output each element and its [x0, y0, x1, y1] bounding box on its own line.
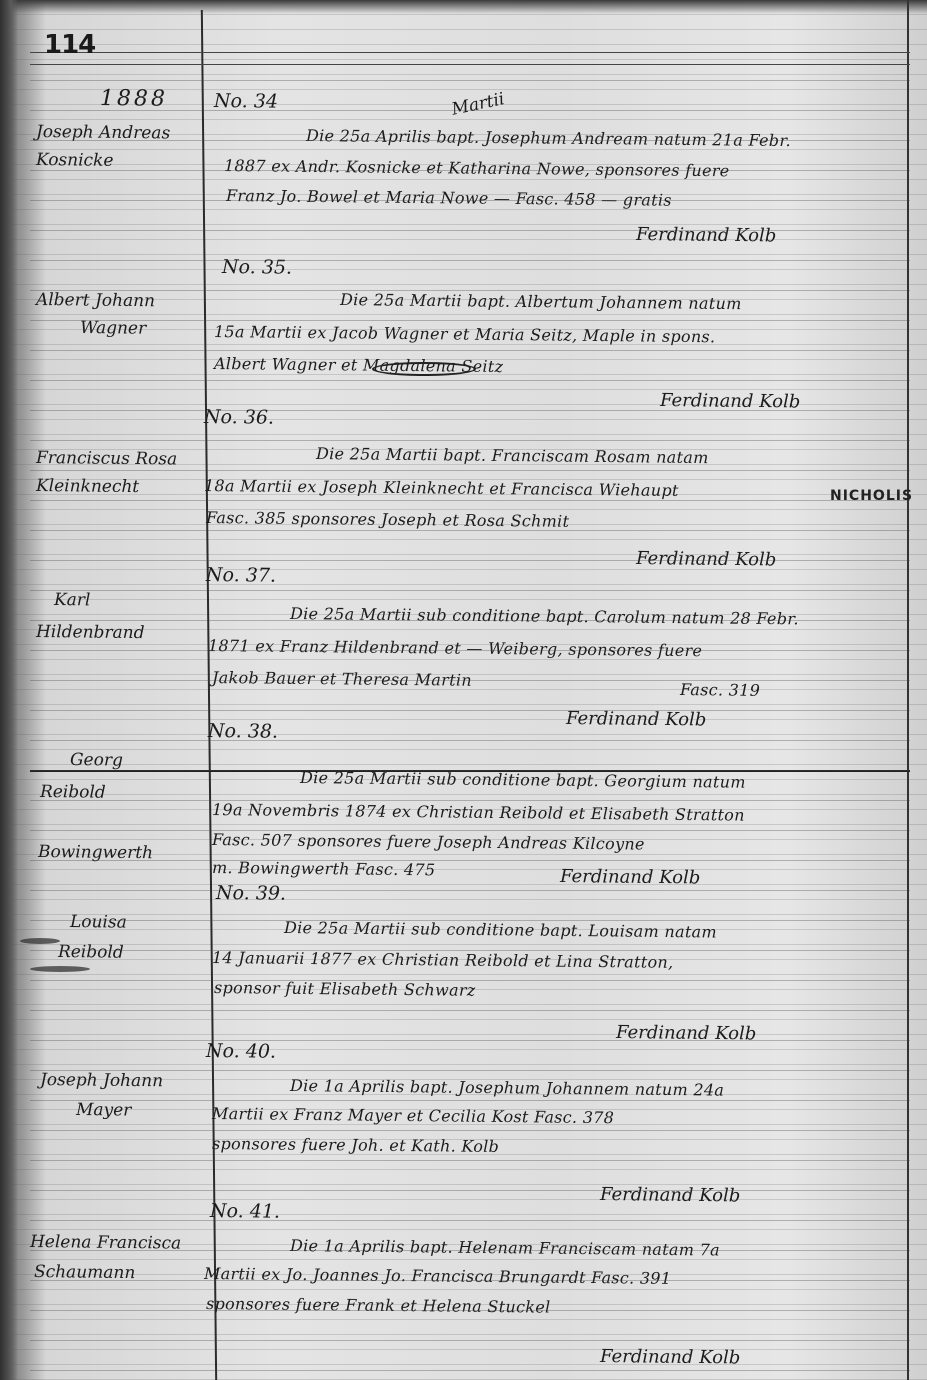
ruled-line — [30, 1190, 910, 1191]
annotation-nicholis: NICHOLIS — [830, 488, 913, 504]
ruled-line — [30, 410, 910, 411]
ruled-line — [30, 1040, 910, 1041]
ruled-line — [30, 860, 910, 861]
entry-text-line: m. Bowingwerth Fasc. 475 — [212, 858, 436, 879]
ruled-line — [30, 1070, 910, 1071]
entry-text-line: Die 25a Martii sub conditione bapt. Geor… — [300, 768, 746, 792]
entry-text-line: Fasc. 385 sponsores Joseph et Rosa Schmi… — [206, 508, 569, 531]
ruled-line — [30, 620, 910, 621]
right-margin-rule — [907, 0, 909, 1380]
ink-smudge — [30, 966, 90, 972]
ruled-line — [30, 80, 910, 81]
child-surname: Reibold — [58, 942, 124, 963]
ruled-line — [30, 1280, 910, 1281]
ruled-line — [30, 530, 910, 531]
child-name: Georg — [70, 750, 123, 771]
child-name: Franciscus Rosa — [36, 448, 177, 469]
ruled-line — [30, 1010, 910, 1011]
entry-text-line: Die 25a Martii sub conditione bapt. Loui… — [284, 918, 717, 942]
ruled-line — [30, 770, 910, 771]
register-page: 114 1888 Martii No. 34 Joseph Andreas Ko… — [0, 0, 927, 1380]
entry-text-line: 19a Novembris 1874 ex Christian Reibold … — [212, 800, 745, 825]
ruled-line — [30, 950, 910, 951]
priest-signature: Ferdinand Kolb — [636, 224, 777, 246]
entry-text-line: Die 25a Martii bapt. Albertum Johannem n… — [340, 290, 742, 313]
priest-signature: Ferdinand Kolb — [600, 1184, 741, 1206]
ruled-line — [30, 800, 910, 801]
entry-text-line: 14 Januarii 1877 ex Christian Reibold et… — [212, 948, 674, 972]
ruled-line — [30, 1250, 910, 1251]
entry-text-line: Martii ex Jo. Joannes Jo. Francisca Brun… — [204, 1264, 672, 1288]
struck-out-text — [372, 362, 476, 376]
entry-number: No. 40. — [206, 1040, 276, 1063]
entry-number: No. 37. — [206, 564, 276, 587]
ruled-line — [30, 920, 910, 921]
entry-text-line: Die 1a Aprilis bapt. Helenam Franciscam … — [290, 1236, 720, 1260]
ruled-line — [30, 650, 910, 651]
ruled-line — [30, 1340, 910, 1341]
child-name: Joseph Johann — [40, 1070, 163, 1091]
entry-number: No. 39. — [216, 882, 286, 905]
entry-text-line: Die 1a Aprilis bapt. Josephum Johannem n… — [290, 1076, 724, 1100]
ruled-line — [30, 110, 910, 111]
entry-text-line: 1871 ex Franz Hildenbrand et — Weiberg, … — [208, 636, 702, 660]
ruled-line — [30, 1370, 910, 1371]
ruled-line — [30, 140, 910, 141]
entry-text-line: Die 25a Martii bapt. Franciscam Rosam na… — [316, 444, 709, 467]
ruled-line — [30, 440, 910, 441]
entry-text-line: Die 25a Aprilis bapt. Josephum Andream n… — [306, 126, 791, 150]
entry-text-line: 1887 ex Andr. Kosnicke et Katharina Nowe… — [224, 156, 730, 180]
entry-text-line: sponsor fuit Elisabeth Schwarz — [214, 978, 476, 1000]
ruled-line — [30, 320, 910, 321]
ruled-line — [30, 590, 910, 591]
ruled-line — [30, 500, 910, 501]
entry-text-line: Die 25a Martii sub conditione bapt. Caro… — [290, 604, 799, 628]
ruled-line — [30, 170, 910, 171]
child-name: Louisa — [70, 912, 127, 933]
child-surname: Mayer — [76, 1100, 132, 1121]
entry-text-line: Fasc. 507 sponsores fuere Joseph Andreas… — [212, 830, 645, 854]
ruled-line — [30, 830, 910, 831]
entry-text-line: Martii ex Franz Mayer et Cecilia Kost Fa… — [212, 1104, 614, 1127]
entry-text-line: 15a Martii ex Jacob Wagner et Maria Seit… — [214, 322, 716, 346]
register-year: 1888 — [100, 86, 168, 112]
ruled-line — [30, 230, 910, 231]
scan-top-shadow — [0, 0, 927, 14]
ruled-line — [30, 260, 910, 261]
ruled-line — [30, 1220, 910, 1221]
ruled-line — [30, 680, 910, 681]
ruled-line — [30, 380, 910, 381]
ruled-line — [30, 1310, 910, 1311]
entry-text-line: 18a Martii ex Joseph Kleinknecht et Fran… — [204, 476, 679, 500]
priest-signature: Ferdinand Kolb — [566, 708, 707, 730]
header-rule — [30, 64, 910, 65]
month-heading: Martii — [450, 89, 506, 120]
fascicle-note: Fasc. 319 — [680, 680, 760, 700]
ruled-line — [30, 1100, 910, 1101]
child-surname: Kleinknecht — [36, 476, 139, 497]
entry-text-line: Franz Jo. Bowel et Maria Nowe — Fasc. 45… — [226, 186, 672, 210]
ruled-line — [30, 200, 910, 201]
child-surname: Hildenbrand — [36, 622, 145, 643]
page-number: 114 — [44, 30, 95, 60]
ruled-line — [30, 350, 910, 351]
ruled-line — [30, 1130, 910, 1131]
priest-signature: Ferdinand Kolb — [560, 866, 701, 888]
priest-signature: Ferdinand Kolb — [600, 1346, 741, 1368]
header-rule — [30, 52, 910, 53]
entry-text-line: sponsores fuere Joh. et Kath. Kolb — [212, 1134, 499, 1156]
entry-text-line: Jakob Bauer et Theresa Martin — [212, 668, 472, 690]
ruled-line — [30, 980, 910, 981]
ruled-line — [30, 470, 910, 471]
child-name: Karl — [54, 590, 91, 610]
ruled-line — [30, 560, 910, 561]
ink-smudge — [20, 938, 60, 944]
priest-signature: Ferdinand Kolb — [616, 1022, 757, 1044]
ruled-line — [30, 710, 910, 711]
ruled-line — [30, 890, 910, 891]
entry-text-line: sponsores fuere Frank et Helena Stuckel — [206, 1294, 551, 1317]
book-binding-edge — [0, 0, 18, 1380]
ruled-line — [30, 290, 910, 291]
child-name: Albert Johann — [36, 290, 155, 311]
ruled-line — [30, 1160, 910, 1161]
child-surname: Kosnicke — [36, 150, 114, 171]
ruled-line — [30, 740, 910, 741]
name-column-divider — [201, 10, 217, 1380]
child-surname: Wagner — [80, 318, 146, 339]
